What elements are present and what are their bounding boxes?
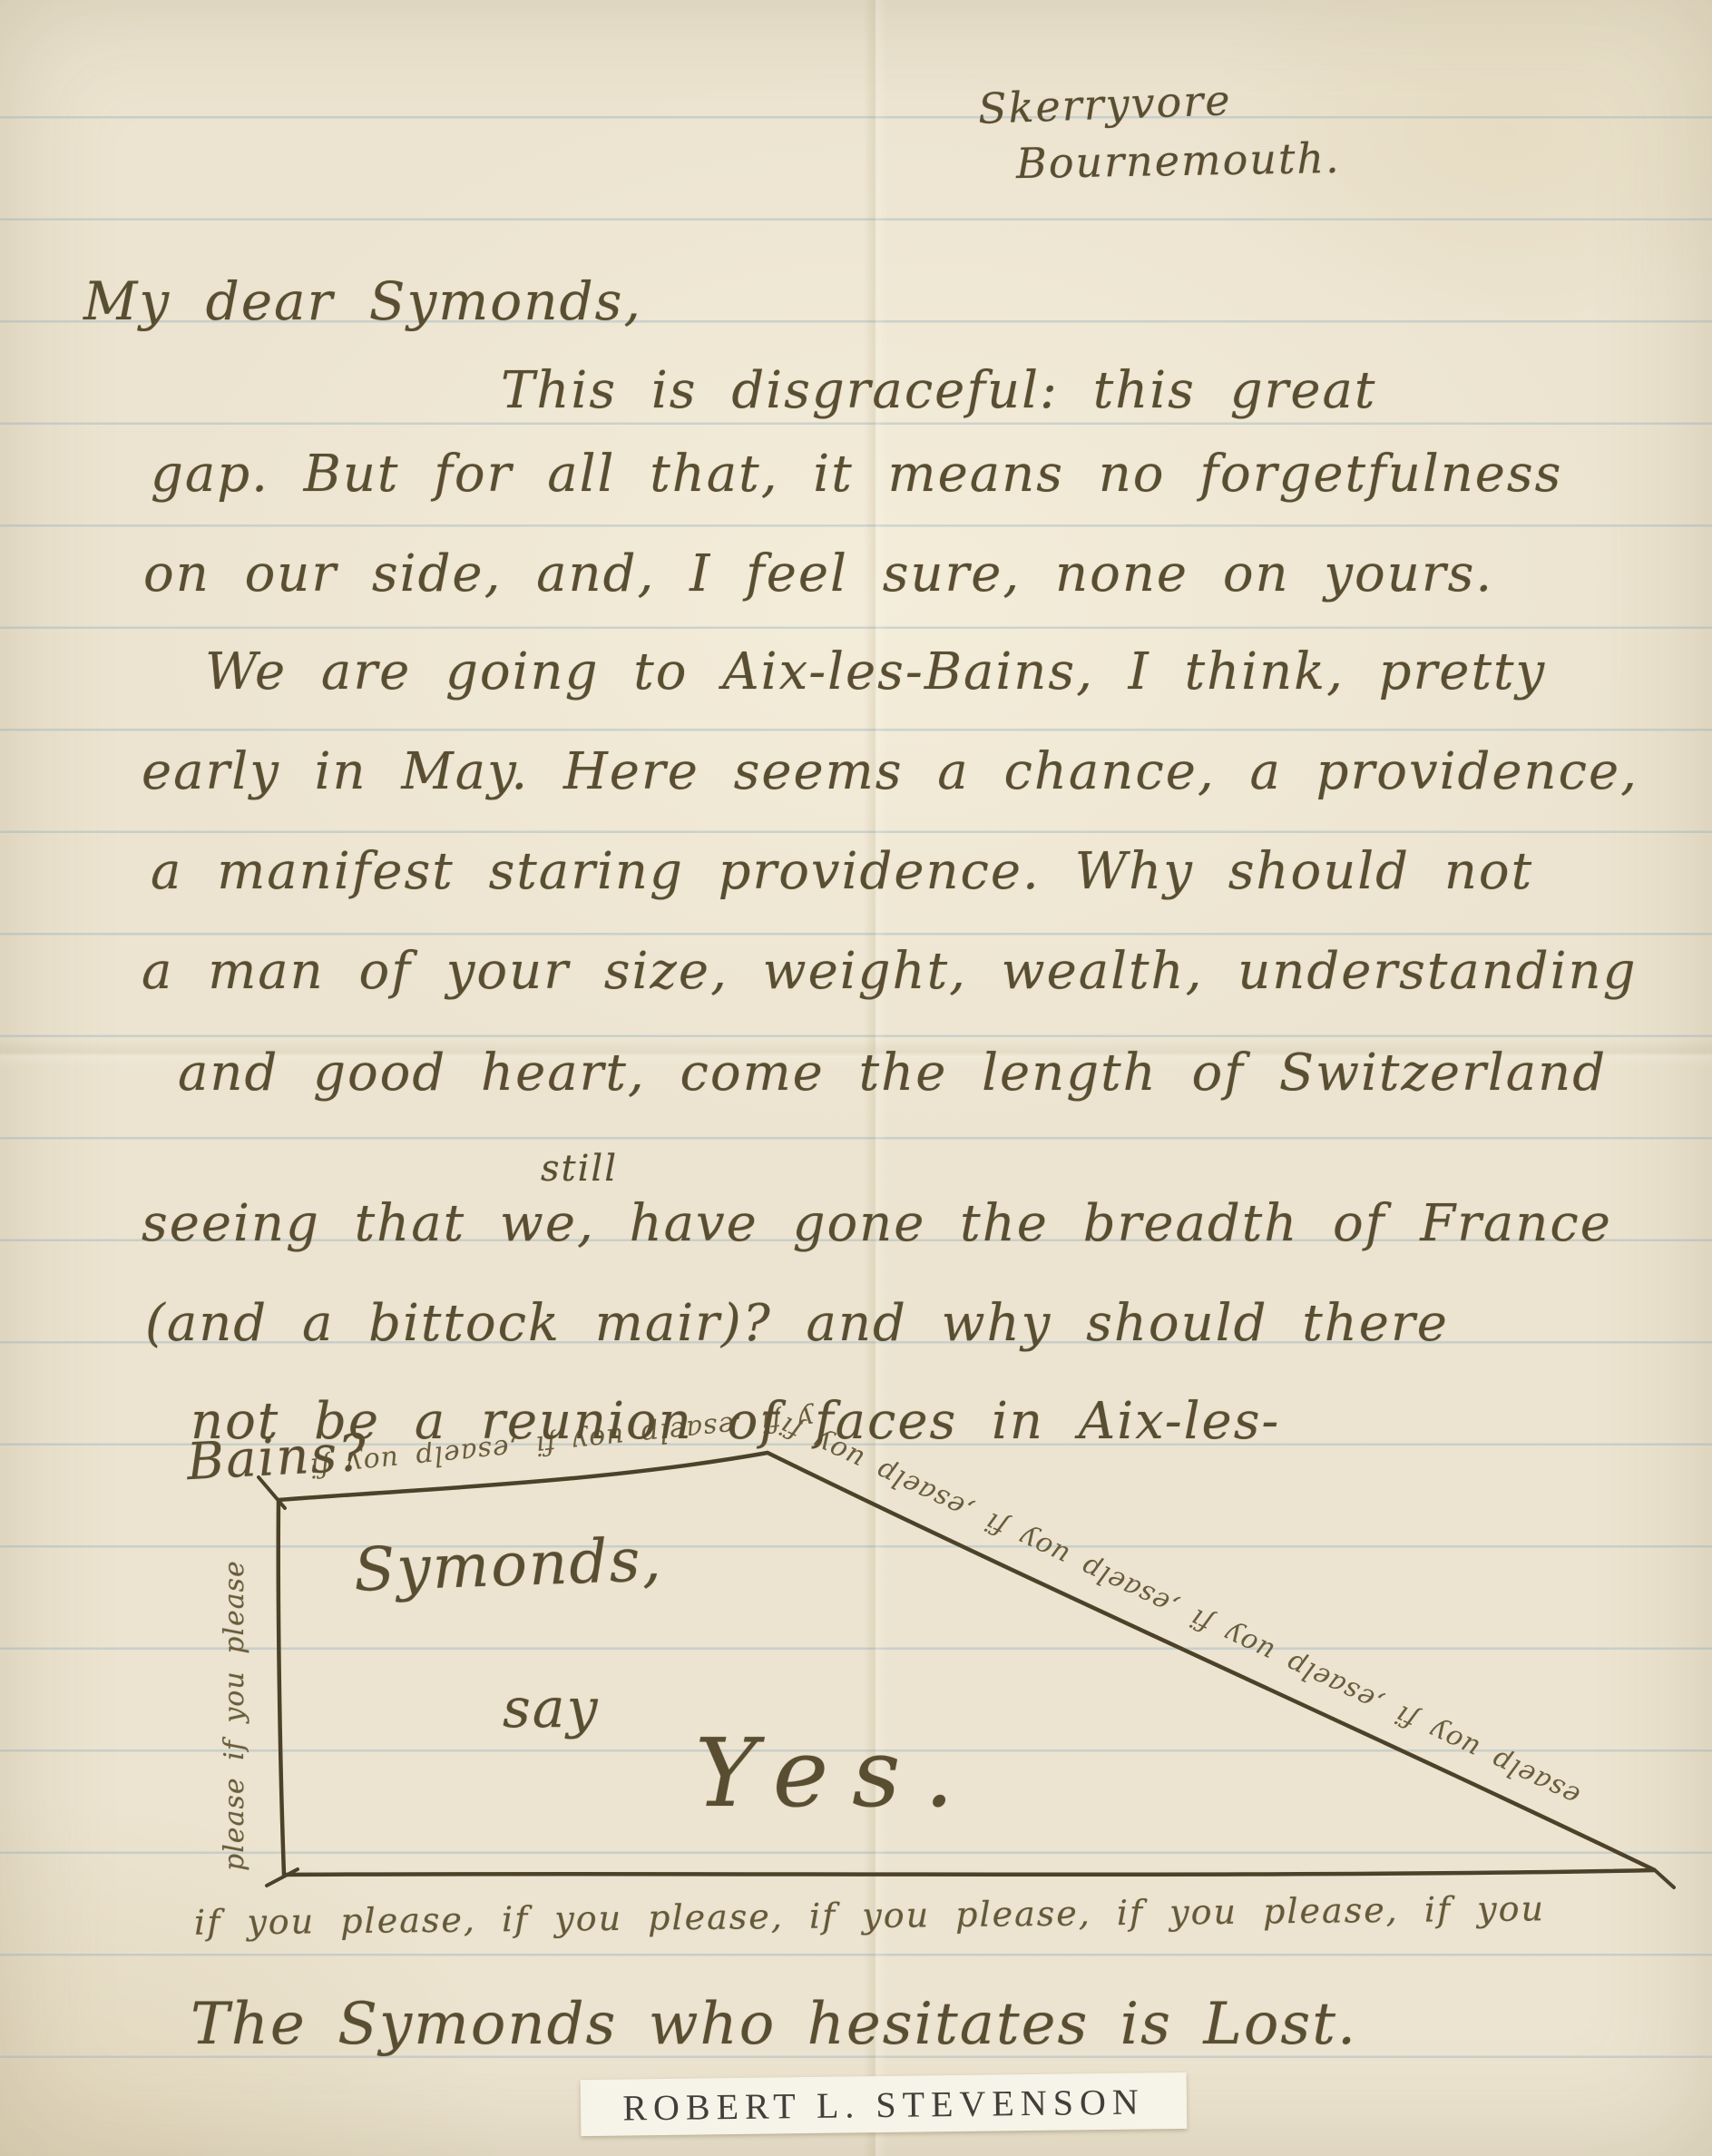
body-line: a manifest staring providence. Why shoul… xyxy=(151,844,1533,901)
body-line: on our side, and, I feel sure, none on y… xyxy=(143,546,1493,603)
body-line: gap. But for all that, it means no forge… xyxy=(151,446,1562,504)
printed-name-text: ROBERT L. STEVENSON xyxy=(622,2080,1145,2129)
diagram-inner-symonds: Symonds, xyxy=(353,1526,664,1604)
body-line: and good heart, come the length of Switz… xyxy=(178,1045,1607,1102)
inserted-word-still: still xyxy=(541,1149,618,1190)
letter-page: Skerryvore Bournemouth. My dear Symonds,… xyxy=(0,0,1712,2156)
edge-text-left: please if you please xyxy=(220,1490,250,1871)
diagram-inner-say: say xyxy=(503,1679,599,1739)
body-line-bains: Bains? xyxy=(185,1426,368,1492)
diagram-inner-yes: Yes. xyxy=(695,1720,978,1826)
closing-line: The Symonds who hesitates is Lost. xyxy=(191,1993,1357,2058)
body-line: early in May. Here seems a chance, a pro… xyxy=(142,744,1639,801)
body-line: a man of your size, weight, wealth, unde… xyxy=(142,944,1637,1001)
body-line: We are going to Aix-les-Bains, I think, … xyxy=(205,644,1546,701)
diagram-corner-tick-bottomright xyxy=(1655,1870,1674,1887)
letterhead-town-name: Bournemouth. xyxy=(1016,135,1341,188)
salutation: My dear Symonds, xyxy=(83,272,642,331)
printed-name-label: ROBERT L. STEVENSON xyxy=(581,2073,1188,2136)
body-line: This is disgraceful: this great xyxy=(501,363,1376,420)
body-line: (and a bittock mair)? and why should the… xyxy=(145,1296,1449,1353)
letterhead-house-name: Skerryvore xyxy=(977,77,1232,132)
body-line: seeing that we, have gone the breadth of… xyxy=(142,1196,1612,1253)
